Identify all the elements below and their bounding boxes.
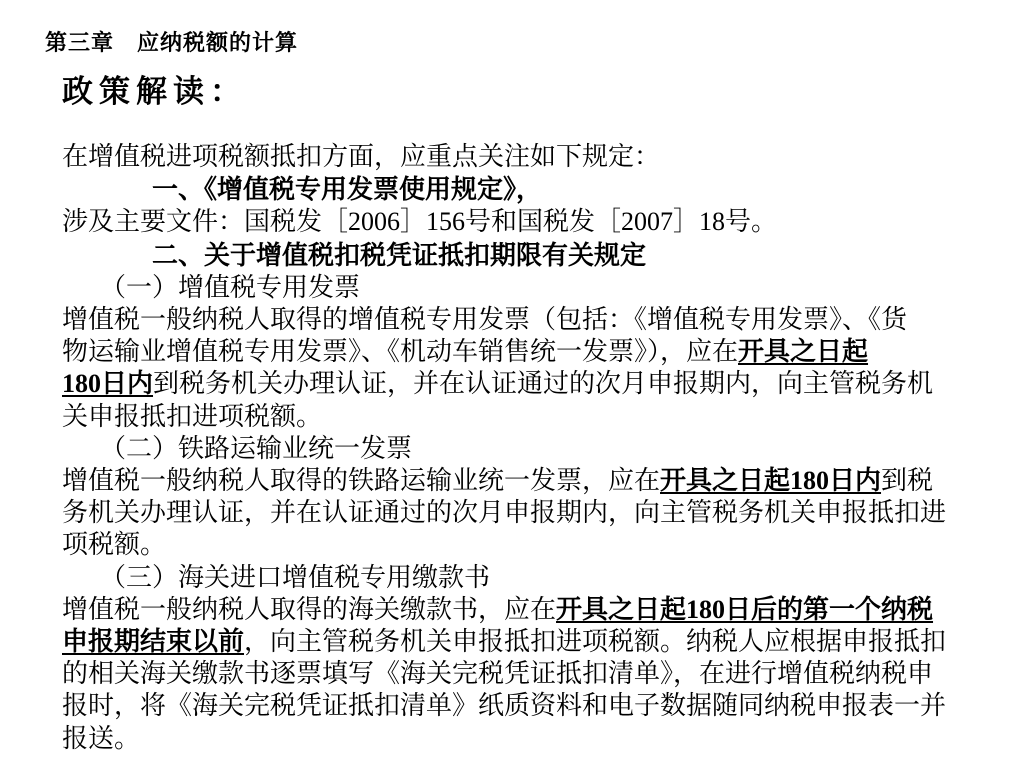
text-line: 关申报抵扣进项税额。 <box>62 401 974 433</box>
text-line: 的相关海关缴款书逐票填写《海关完税凭证抵扣清单》，在进行增值税纳税申 <box>62 658 974 690</box>
text-segment: 报时，将《海关完税凭证抵扣清单》纸质资料和电子数据随同纳税申报表一并 <box>62 691 946 720</box>
text-segment: 关申报抵扣进项税额。 <box>62 402 322 431</box>
text-segment: 的相关海关缴款书逐票填写《海关完税凭证抵扣清单》，在进行增值税纳税申 <box>62 659 933 688</box>
text-segment: 到税务机关办理认证，并在认证通过的次月申报期内，向主管税务机 <box>153 369 933 398</box>
text-segment: 项税额。 <box>62 530 166 559</box>
emphasis-underlined-text: 180日内 <box>62 369 153 398</box>
text-segment: 到税 <box>881 466 933 495</box>
text-segment: 报送。 <box>62 724 140 753</box>
text-line: 报送。 <box>62 723 974 755</box>
text-segment: 增值税一般纳税人取得的铁路运输业统一发票，应在 <box>62 466 660 495</box>
emphasis-underlined-text: 开具之日起 <box>738 337 868 366</box>
emphasis-underlined-text: 开具之日起180日内 <box>660 466 881 495</box>
slide-title: 第三章 应纳税额的计算 <box>45 26 298 57</box>
text-line: 增值税一般纳税人取得的海关缴款书，应在开具之日起180日后的第一个纳税 <box>62 594 974 626</box>
text-line: （一）增值税专用发票 <box>62 272 974 304</box>
section-heading-text: 二、关于增值税扣税凭证抵扣期限有关规定 <box>152 240 646 270</box>
body-text: 在增值税进项税额抵扣方面，应重点关注如下规定：一、《增值税专用发票使用规定》，涉… <box>62 141 974 755</box>
text-segment: （二）铁路运输业统一发票 <box>100 434 412 463</box>
text-line: （二）铁路运输业统一发票 <box>62 433 974 465</box>
slide-subtitle: 政策解读： <box>62 66 247 111</box>
text-line: 涉及主要文件：国税发［2006］156号和国税发［2007］18号。 <box>62 206 974 238</box>
text-line: 180日内到税务机关办理认证，并在认证通过的次月申报期内，向主管税务机 <box>62 368 974 400</box>
text-line: 在增值税进项税额抵扣方面，应重点关注如下规定： <box>62 141 974 173</box>
slide: 第三章 应纳税额的计算 政策解读： 在增值税进项税额抵扣方面，应重点关注如下规定… <box>0 0 1024 768</box>
text-line: 物运输业增值税专用发票》、《机动车销售统一发票》），应在开具之日起 <box>62 336 974 368</box>
section-heading-text: 一、《增值税专用发票使用规定》， <box>152 174 542 204</box>
text-line: 增值税一般纳税人取得的铁路运输业统一发票，应在开具之日起180日内到税 <box>62 465 974 497</box>
emphasis-underlined-text: 开具之日起180日后的第一个纳税 <box>556 595 933 624</box>
text-segment: 务机关办理认证，并在认证通过的次月申报期内，向主管税务机关申报抵扣进 <box>62 498 946 527</box>
text-line: 报时，将《海关完税凭证抵扣清单》纸质资料和电子数据随同纳税申报表一并 <box>62 690 974 722</box>
text-segment: 物运输业增值税专用发票》、《机动车销售统一发票》），应在 <box>62 337 738 366</box>
text-segment: 在增值税进项税额抵扣方面，应重点关注如下规定： <box>62 142 660 171</box>
text-line: 二、关于增值税扣税凭证抵扣期限有关规定 <box>62 239 974 272</box>
emphasis-underlined-text: 申报期结束以前 <box>62 627 244 656</box>
text-line: 增值税一般纳税人取得的增值税专用发票（包括：《增值税专用发票》、《货 <box>62 304 974 336</box>
text-segment: 增值税一般纳税人取得的增值税专用发票（包括：《增值税专用发票》、《货 <box>62 305 907 334</box>
text-segment: ，向主管税务机关申报抵扣进项税额。纳税人应根据申报抵扣 <box>244 627 946 656</box>
text-line: 一、《增值税专用发票使用规定》， <box>62 173 974 206</box>
text-line: （三）海关进口增值税专用缴款书 <box>62 562 974 594</box>
text-segment: （三）海关进口增值税专用缴款书 <box>100 563 490 592</box>
text-segment: 增值税一般纳税人取得的海关缴款书，应在 <box>62 595 556 624</box>
text-line: 务机关办理认证，并在认证通过的次月申报期内，向主管税务机关申报抵扣进 <box>62 497 974 529</box>
text-segment: （一）增值税专用发票 <box>100 273 360 302</box>
text-line: 申报期结束以前，向主管税务机关申报抵扣进项税额。纳税人应根据申报抵扣 <box>62 626 974 658</box>
text-segment: 涉及主要文件：国税发［2006］156号和国税发［2007］18号。 <box>62 207 777 236</box>
text-line: 项税额。 <box>62 529 974 561</box>
